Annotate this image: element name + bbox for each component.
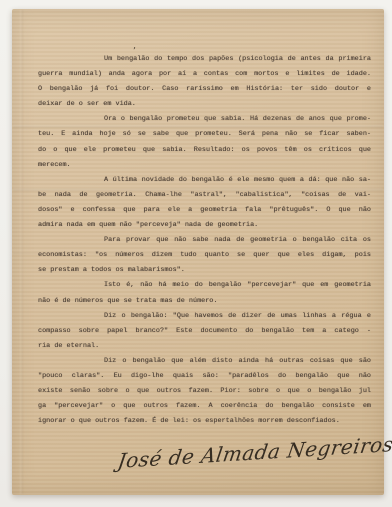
text-line: Diz o bengalão: "Que havemos de dizer de… bbox=[38, 309, 371, 324]
text-line: ga "percevejar" o que outros fazem. A co… bbox=[38, 399, 371, 414]
text-line: existe senão sobre o que outros fazem. P… bbox=[38, 384, 371, 399]
text-line: não é de números que se trata mas de núm… bbox=[38, 294, 371, 309]
text-line: Um bengalão do tempo dos papões (psicolo… bbox=[38, 52, 371, 67]
page-background: ’ Um bengalão do tempo dos papões (psico… bbox=[0, 0, 392, 507]
text-line: guerra mundial) anda agora por aí a cont… bbox=[38, 67, 371, 82]
text-line: be nada de geometria. Chama-lhe "astral"… bbox=[38, 188, 371, 203]
text-line: "pouco claras". Eu digo-lhe quais são: "… bbox=[38, 369, 371, 384]
text-line: deixar de o ser em vida. bbox=[38, 97, 371, 112]
text-line: se prestam a todos os malabarismos". bbox=[38, 263, 371, 278]
text-line: Isto é, não há meio do bengalão "perceve… bbox=[38, 278, 371, 293]
text-line: A última novidade do bengalão é ele mesm… bbox=[38, 173, 371, 188]
text-line: admira nada em quem não "perceveja" nada… bbox=[38, 218, 371, 233]
text-line: Diz o bengalão que além disto ainda há o… bbox=[38, 354, 371, 369]
text-line: merecem. bbox=[38, 158, 371, 173]
text-line: O bengalão já foi doutor. Caso raríssimo… bbox=[38, 82, 371, 97]
text-line: teu. E ainda hoje só se sabe que promete… bbox=[38, 127, 371, 142]
text-line: dosos" e confessa que para ele a geometr… bbox=[38, 203, 371, 218]
text-line: compasso sobre papel branco?" Este docum… bbox=[38, 324, 371, 339]
text-line: Ora o bengalão prometeu que sabia. Há de… bbox=[38, 112, 371, 127]
text-line: do o que ele prometeu que sabia. Resulta… bbox=[38, 143, 371, 158]
text-line: ignorar o que outros fazem. É de lei: os… bbox=[38, 414, 371, 429]
text-line: ria de eternal. bbox=[38, 339, 371, 354]
text-line: Para provar que não sabe nada de geometr… bbox=[38, 233, 371, 248]
typed-text-block: Um bengalão do tempo dos papões (psicolo… bbox=[38, 52, 371, 429]
text-line: economistas: "os números dizem tudo quan… bbox=[38, 248, 371, 263]
